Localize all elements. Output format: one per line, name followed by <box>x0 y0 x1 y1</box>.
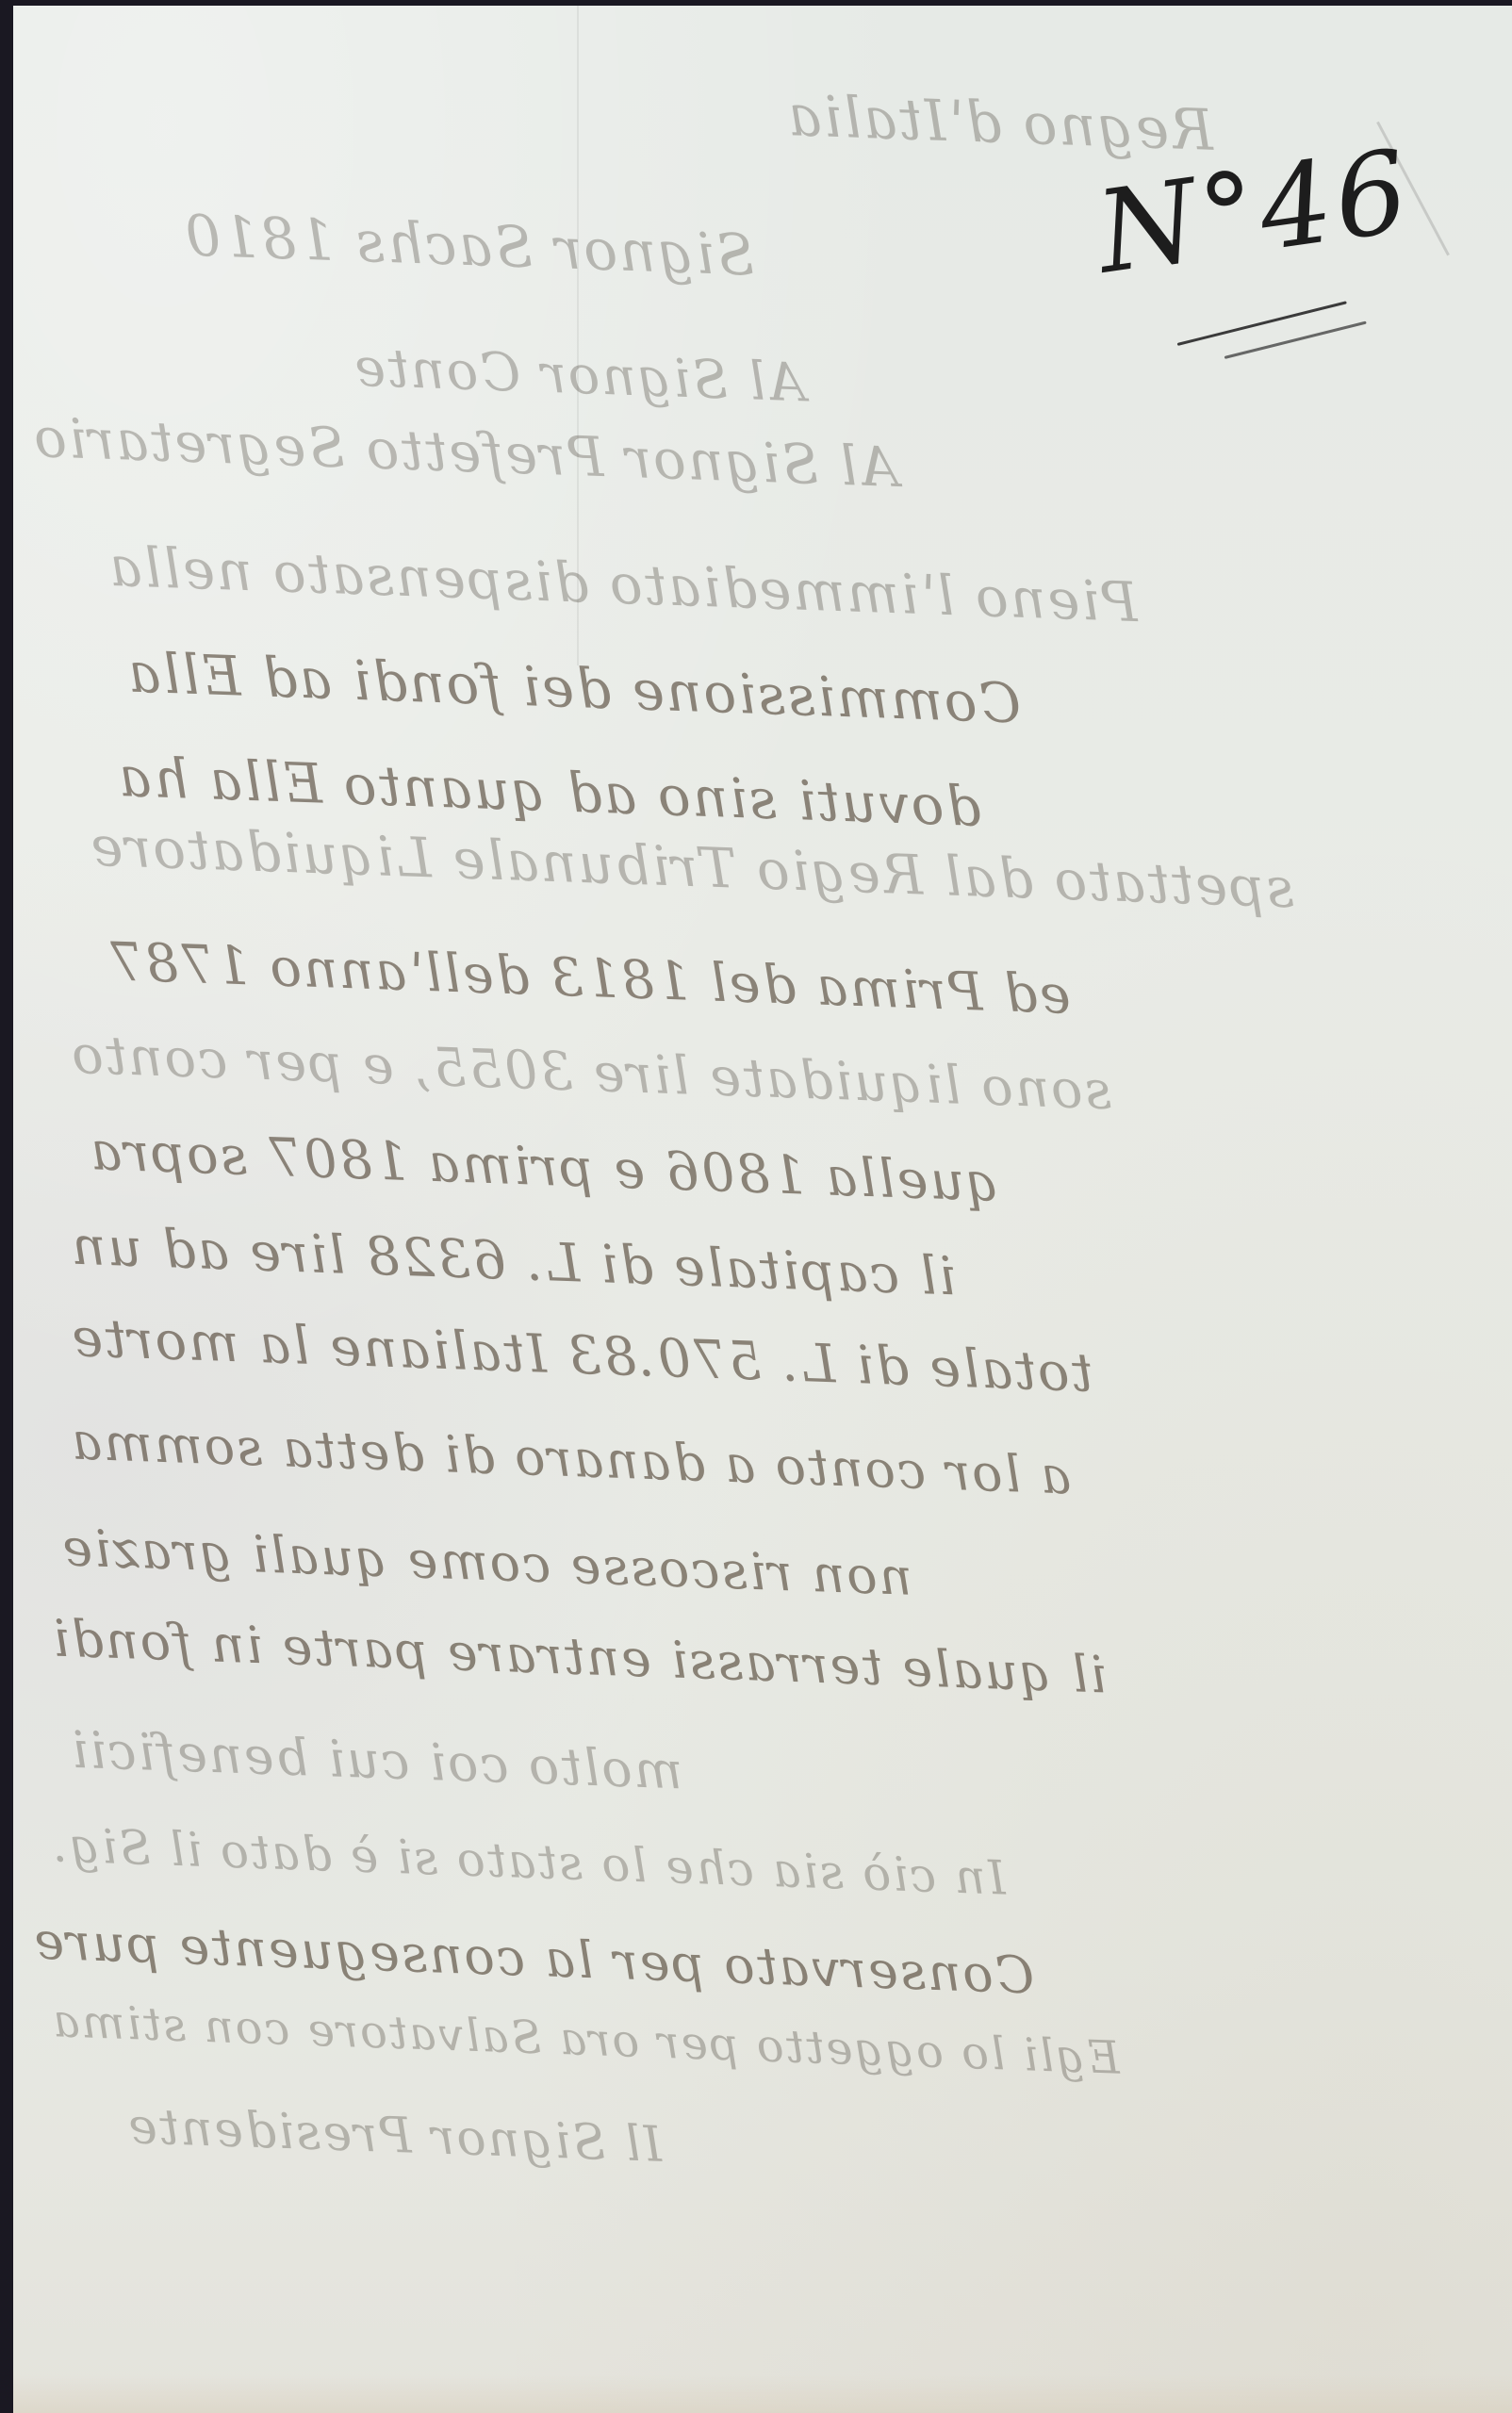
archive-number-underline <box>1177 301 1347 346</box>
bleed-line: a lor conto a danaro di detta somma <box>69 1411 1072 1505</box>
bleed-line: Al Signor Prefetto Segretario <box>31 405 900 500</box>
bleed-line: spettato dal Regio Tribunale Liquidatore <box>88 814 1295 921</box>
bleed-line: il quale terrassi entrare parte in fondi <box>50 1608 1108 1704</box>
bleed-line: Al Signor Conte <box>352 337 807 415</box>
bleed-line: Conservato per la conseguente pure <box>31 1911 1035 2005</box>
bleed-line: Regno d'Italia <box>785 83 1215 164</box>
bleed-line: Pieno l'immediato dispensato nella <box>107 534 1139 634</box>
bleed-line: Commissione dei fondi ad Ella <box>125 640 1022 735</box>
manuscript-page: Regno d'Italia Signor Sachs 1810 Al Sign… <box>13 6 1512 2413</box>
bleed-line: molto coi cui beneficii <box>69 1720 683 1801</box>
bleed-line: Signor Sachs 1810 <box>182 203 756 288</box>
bleed-line: quella 1806 e prima 1807 sopra <box>88 1121 1001 1214</box>
bleed-line: totale di L. 570.83 Italiane la morte <box>69 1307 1093 1404</box>
paper-bottom-edge <box>13 2375 1512 2413</box>
bleed-line: Egli lo oggetto per ora Salvatore con st… <box>50 1994 1121 2085</box>
bleed-line: il capitale di L. 6328 lire ad un <box>69 1216 957 1308</box>
bleed-line: sono liquidate lire 3055, e per conto <box>69 1025 1112 1123</box>
bleed-line: Il Signor Presidente <box>125 2098 663 2174</box>
bleed-line: non riscosse come quali grazie <box>59 1518 913 1607</box>
bleed-line: In ciò sia che lo stato si è dato il Sig… <box>50 1817 1007 1905</box>
bleed-line: ed Prima del 1813 dell'anno 1787 <box>107 931 1072 1026</box>
